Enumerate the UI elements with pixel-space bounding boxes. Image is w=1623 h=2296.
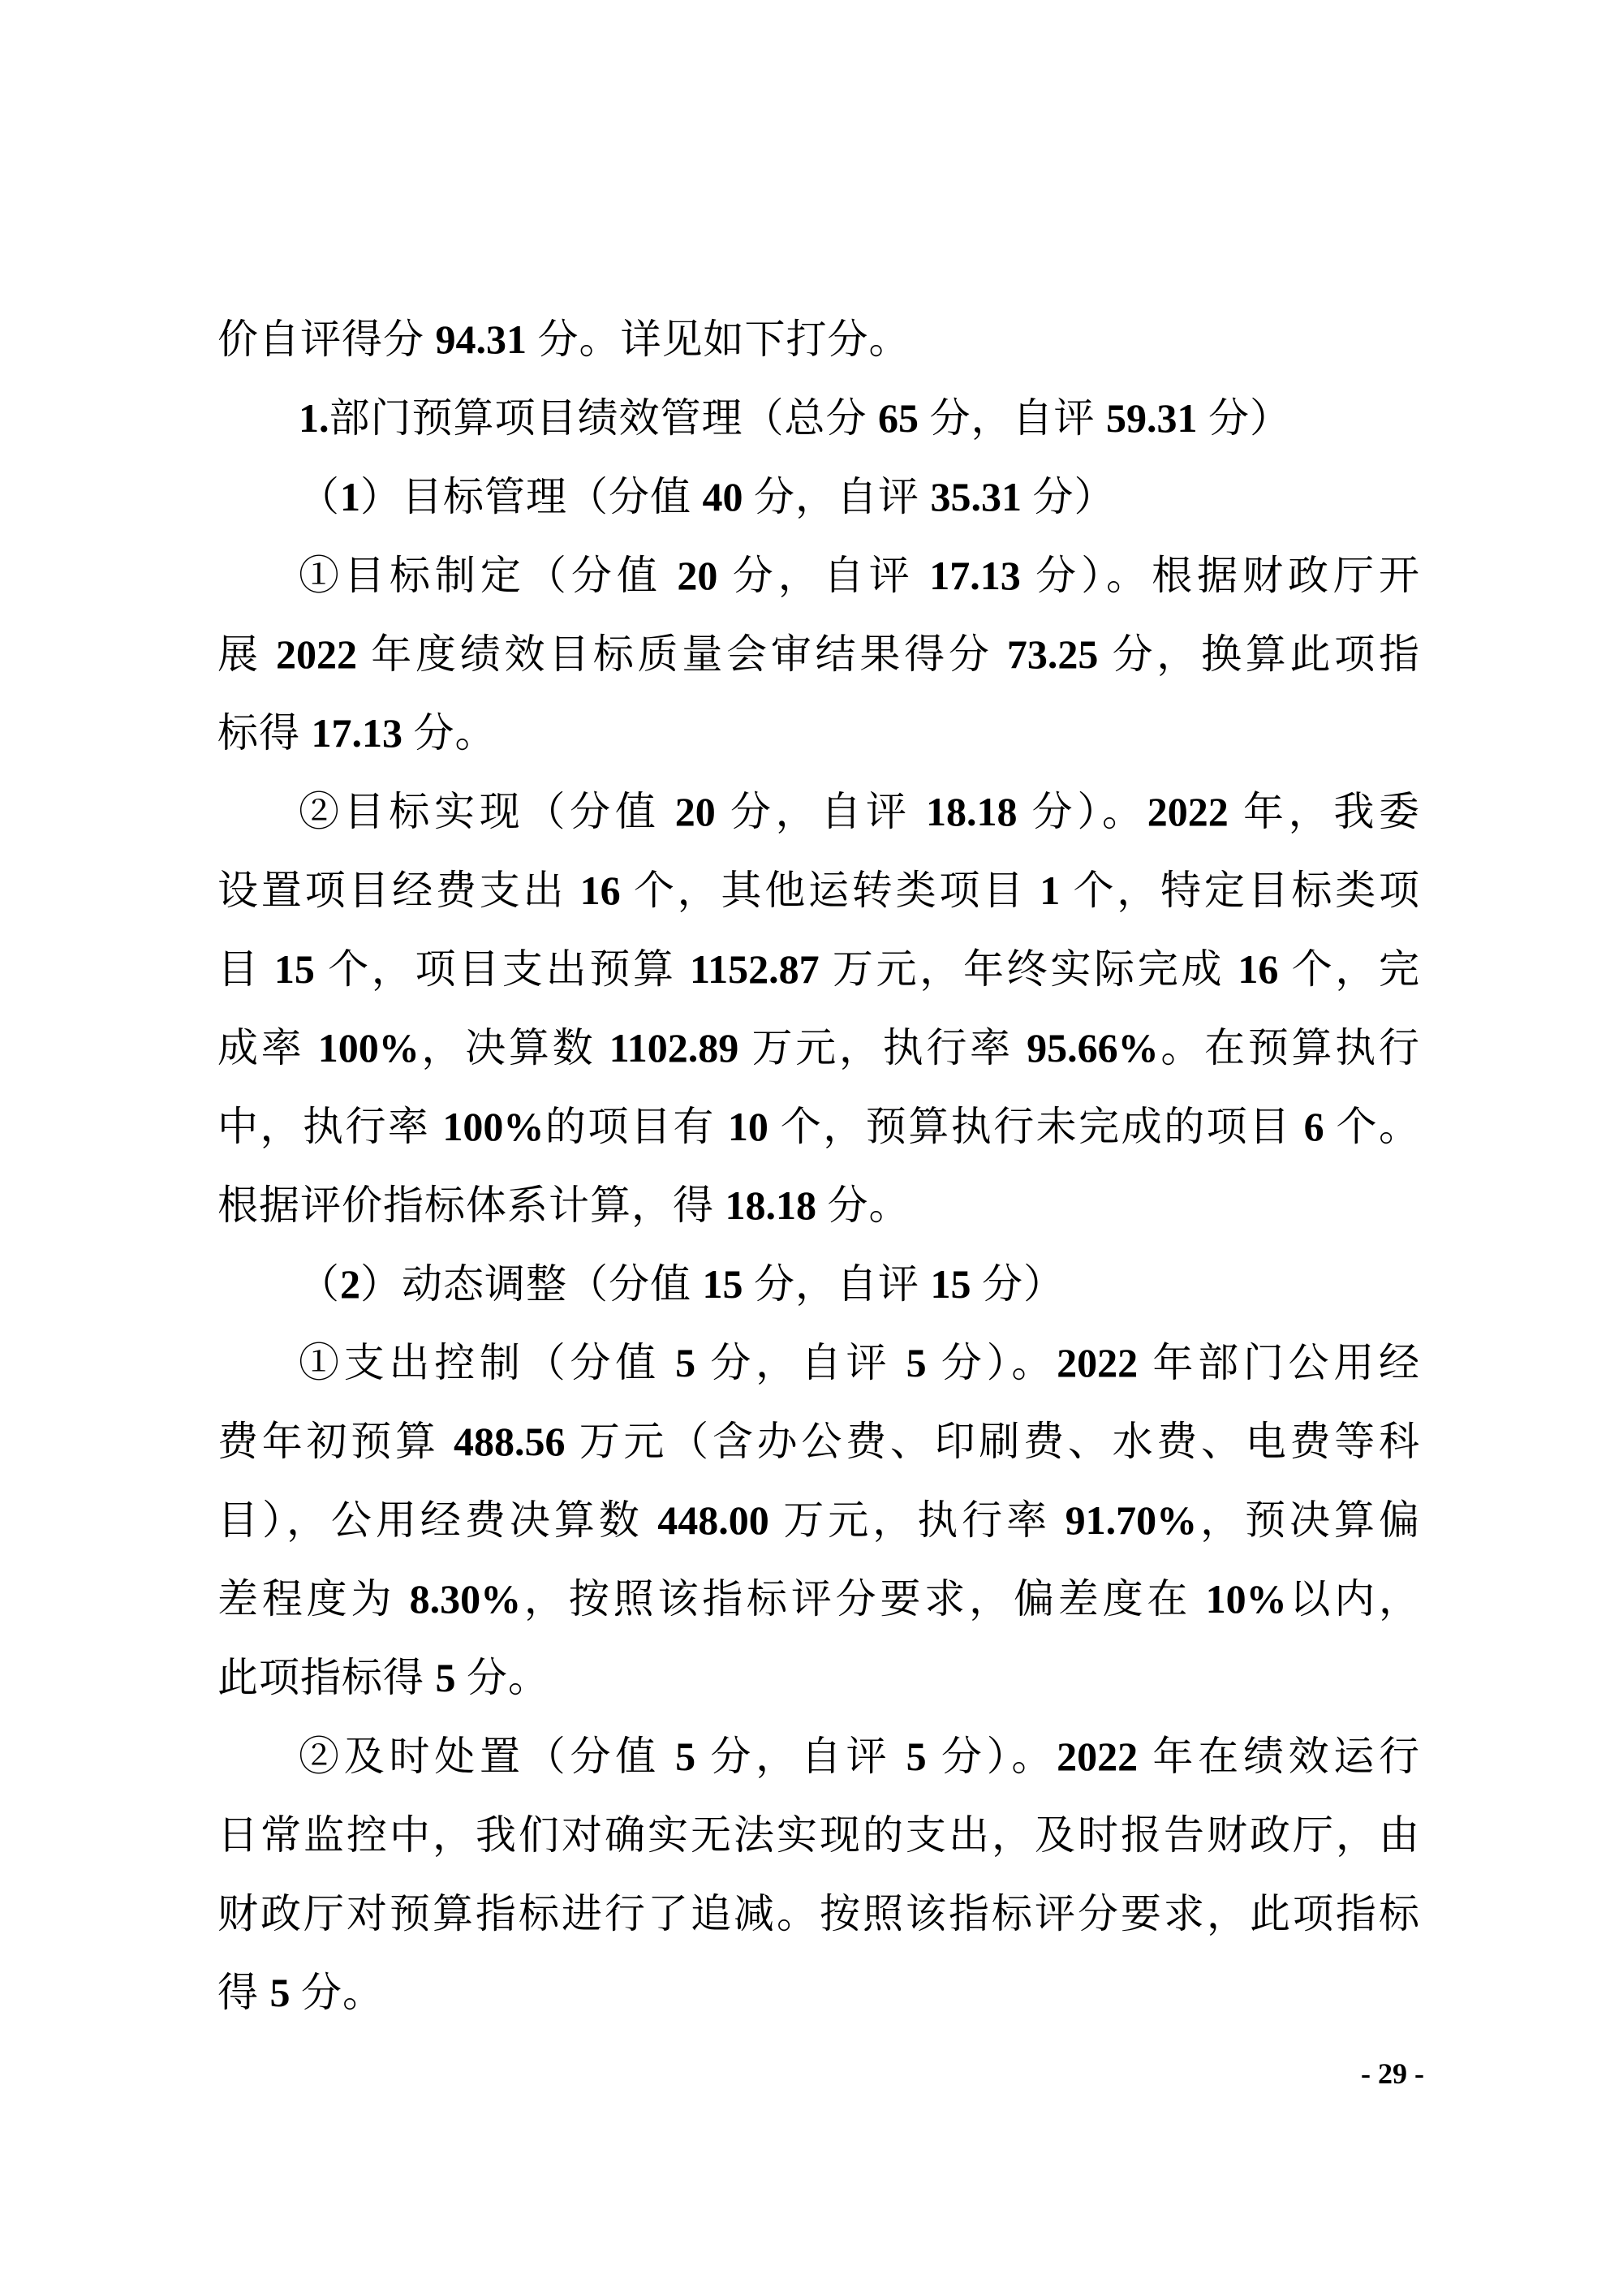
text-line: 根据评价指标体系计算，得 18.18 分。: [217, 1166, 1420, 1245]
text-line: 目），公用经费决算数 448.00 万元，执行率 91.70%，预决算偏: [217, 1481, 1420, 1560]
text-line: 价自评得分 94.31 分。详见如下打分。: [217, 300, 1420, 379]
text-line: 成率 100%，决算数 1102.89 万元，执行率 95.66%。在预算执行: [217, 1009, 1420, 1088]
document-page: 价自评得分 94.31 分。详见如下打分。 1.部门预算项目绩效管理（总分 65…: [0, 0, 1623, 2296]
text-line: 目 15 个，项目支出预算 1152.87 万元，年终实际完成 16 个，完: [217, 930, 1420, 1009]
text-line: ②及时处置（分值 5 分，自评 5 分）。2022 年在绩效运行: [217, 1717, 1420, 1796]
text-line: 此项指标得 5 分。: [217, 1639, 1420, 1717]
text-line: （1）目标管理（分值 40 分，自评 35.31 分）: [217, 458, 1420, 536]
text-line: 得 5 分。: [217, 1954, 1420, 2032]
text-line: 费年初预算 488.56 万元（含办公费、印刷费、水费、电费等科: [217, 1402, 1420, 1481]
text-line: ①目标制定（分值 20 分，自评 17.13 分）。根据财政厅开: [217, 536, 1420, 615]
text-line: 1.部门预算项目绩效管理（总分 65 分，自评 59.31 分）: [217, 379, 1420, 458]
text-line: （2）动态调整（分值 15 分，自评 15 分）: [217, 1245, 1420, 1324]
text-line: ②目标实现（分值 20 分，自评 18.18 分）。2022 年，我委: [217, 773, 1420, 851]
text-line: 日常监控中，我们对确实无法实现的支出，及时报告财政厅，由: [217, 1796, 1420, 1875]
text-line: 差程度为 8.30%，按照该指标评分要求，偏差度在 10%以内，: [217, 1560, 1420, 1639]
text-line: 标得 17.13 分。: [217, 694, 1420, 773]
text-line: 中，执行率 100%的项目有 10 个，预算执行未完成的项目 6 个。: [217, 1088, 1420, 1166]
text-line: 财政厅对预算指标进行了追减。按照该指标评分要求，此项指标: [217, 1875, 1420, 1954]
page-number: - 29 -: [1361, 2057, 1424, 2091]
text-line: 设置项目经费支出 16 个，其他运转类项目 1 个，特定目标类项: [217, 851, 1420, 930]
text-line: ①支出控制（分值 5 分，自评 5 分）。2022 年部门公用经: [217, 1324, 1420, 1402]
text-line: 展 2022 年度绩效目标质量会审结果得分 73.25 分，换算此项指: [217, 615, 1420, 694]
text-block: 价自评得分 94.31 分。详见如下打分。 1.部门预算项目绩效管理（总分 65…: [217, 300, 1420, 2032]
